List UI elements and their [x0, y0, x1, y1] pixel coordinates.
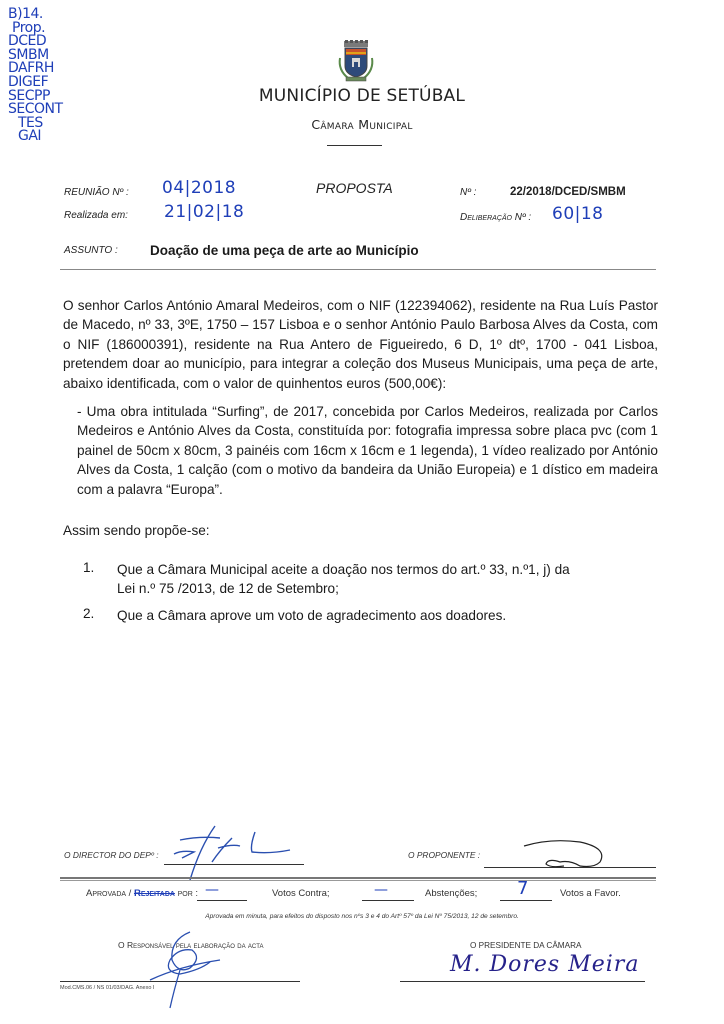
numero-label: Nº : [460, 187, 476, 198]
presidente-signature: M. Dores Meira [450, 952, 639, 977]
proposal-item-number: 1. [83, 560, 94, 575]
assunto-label: ASSUNTO : [64, 245, 118, 256]
deliberacao-value: 60|18 [552, 204, 604, 224]
proposal-item-text: Que a Câmara aprove um voto de agradecim… [117, 606, 577, 625]
organization-subtitle: Câmara Municipal [0, 117, 724, 132]
votes-divider [60, 877, 656, 879]
rejeitada-struck: Rejeitada [134, 888, 175, 899]
abstencoes-label: Abstenções; [425, 888, 477, 899]
votes-contra-value: — [205, 882, 219, 898]
document-type: PROPOSTA [316, 180, 393, 196]
minute-approval-note: Aprovada em minuta, para efeitos do disp… [0, 913, 724, 920]
proponente-signature [520, 838, 610, 878]
subject-title: Doação de uma peça de arte ao Município [150, 243, 419, 258]
votes-favor-label: Votos a Favor. [560, 888, 621, 899]
reuniao-label: REUNIÃO Nº : [64, 187, 129, 198]
director-label: O DIRECTOR DO DEPº : [64, 850, 159, 860]
approval-label: Aprovada / Rejeitada por : [86, 888, 198, 899]
deliberacao-label: Deliberação Nº : [460, 212, 531, 223]
proposal-number: 22/2018/DCED/SMBM [510, 186, 626, 198]
body-paragraph-donors: O senhor Carlos António Amaral Medeiros,… [63, 296, 658, 393]
abstencoes-value: — [374, 882, 388, 898]
votes-contra-line [197, 900, 247, 901]
header-divider [327, 145, 382, 146]
reuniao-value: 04|2018 [162, 178, 236, 198]
body-paragraph-artwork: - Uma obra intitulada “Surfing”, de 2017… [77, 402, 658, 499]
organization-title: MUNICÍPIO DE SETÚBAL [0, 86, 724, 106]
responsavel-signature [130, 930, 230, 1015]
presidente-label: O PRESIDENTE DA CÂMARA [470, 941, 581, 950]
proponente-label: O PROPONENTE : [408, 850, 480, 860]
votes-favor-line [500, 900, 552, 901]
proposal-item-text: Que a Câmara Municipal aceite a doação n… [117, 560, 577, 599]
abstencoes-line [362, 900, 414, 901]
subject-divider [60, 269, 656, 270]
votes-divider-inner [60, 880, 656, 881]
form-code: Mod.CMS.06 / NS 01/03/DAG. Anexo I [60, 985, 154, 991]
proposal-item-number: 2. [83, 606, 94, 621]
realizada-value: 21|02|18 [164, 202, 244, 222]
votes-contra-label: Votos Contra; [272, 888, 330, 899]
margin-note: GAI [8, 130, 72, 144]
votes-favor-value: 7 [517, 878, 528, 899]
municipal-coat-of-arms-icon [338, 40, 374, 82]
presidente-signature-line [400, 981, 645, 982]
proposal-intro: Assim sendo propõe-se: [63, 521, 210, 540]
realizada-label: Realizada em: [64, 210, 128, 221]
